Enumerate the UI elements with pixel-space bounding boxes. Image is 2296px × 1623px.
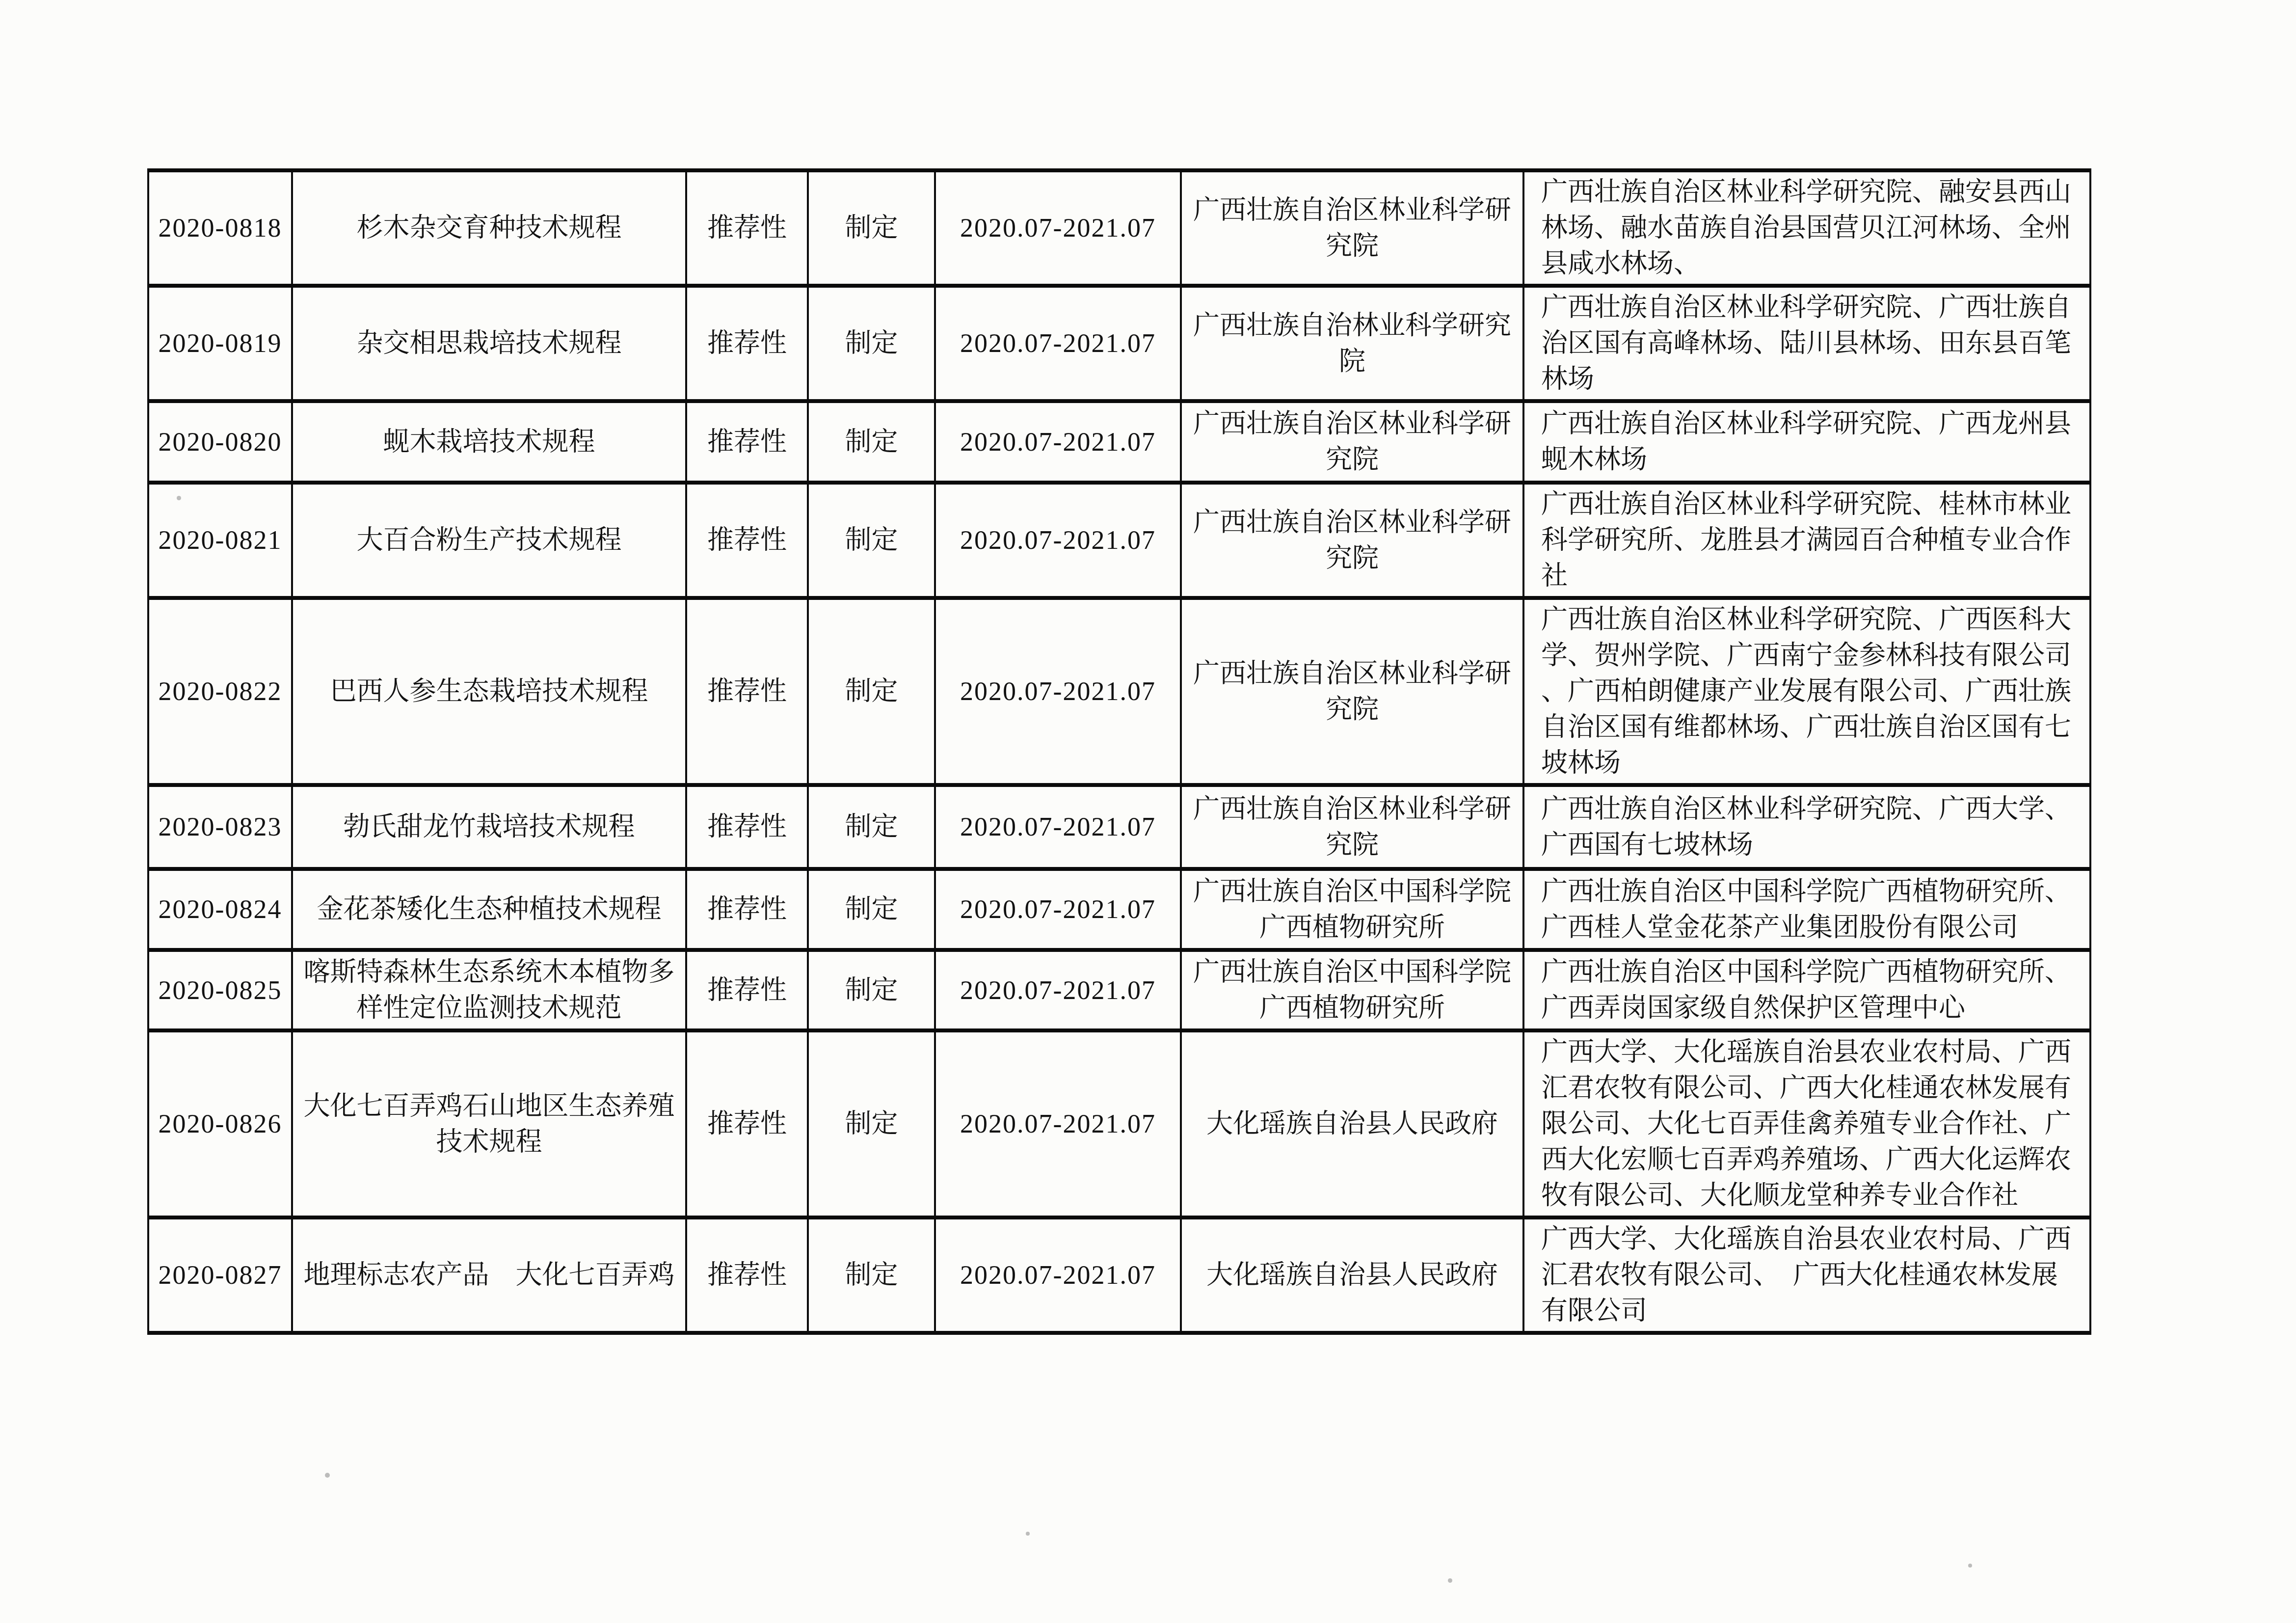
standard-nature: 推荐性: [686, 483, 808, 598]
participating-organizations: 广西壮族自治区林业科学研究院、广西医科大学、贺州学院、广西南宁金参林科技有限公司…: [1523, 598, 2090, 785]
participating-organizations: 广西壮族自治区林业科学研究院、广西大学、广西国有七坡林场: [1523, 785, 2090, 869]
participating-organizations: 广西壮族自治区林业科学研究院、广西龙州县蚬木林场: [1523, 401, 2090, 483]
formulation-type: 制定: [808, 401, 935, 483]
schedule-period: 2020.07-2021.07: [935, 1030, 1181, 1217]
lead-organization: 广西壮族自治区林业科学研究院: [1181, 401, 1523, 483]
schedule-period: 2020.07-2021.07: [935, 401, 1181, 483]
schedule-period: 2020.07-2021.07: [935, 286, 1181, 401]
standard-code: 2020-0825: [148, 950, 292, 1030]
standard-name: 杉木杂交育种技术规程: [292, 170, 686, 286]
schedule-period: 2020.07-2021.07: [935, 785, 1181, 869]
table-row: 2020-0825 喀斯特森林生态系统木本植物多样性定位监测技术规范 推荐性 制…: [148, 950, 2090, 1030]
standard-name: 杂交相思栽培技术规程: [292, 286, 686, 401]
schedule-period: 2020.07-2021.07: [935, 869, 1181, 950]
participating-organizations: 广西壮族自治区林业科学研究院、广西壮族自治区国有高峰林场、陆川县林场、田东县百笔…: [1523, 286, 2090, 401]
schedule-period: 2020.07-2021.07: [935, 950, 1181, 1030]
scan-speck: [1968, 1564, 1972, 1568]
table-row: 2020-0827 地理标志农产品 大化七百弄鸡 推荐性 制定 2020.07-…: [148, 1217, 2090, 1333]
scan-speck: [177, 496, 181, 500]
standard-code: 2020-0818: [148, 170, 292, 286]
schedule-period: 2020.07-2021.07: [935, 1217, 1181, 1333]
standard-nature: 推荐性: [686, 869, 808, 950]
formulation-type: 制定: [808, 1030, 935, 1217]
standard-code: 2020-0820: [148, 401, 292, 483]
schedule-period: 2020.07-2021.07: [935, 170, 1181, 286]
standard-name: 大化七百弄鸡石山地区生态养殖技术规程: [292, 1030, 686, 1217]
scan-speck: [1026, 1532, 1030, 1536]
formulation-type: 制定: [808, 785, 935, 869]
standard-code: 2020-0824: [148, 869, 292, 950]
participating-organizations: 广西壮族自治区林业科学研究院、桂林市林业科学研究所、龙胜县才满园百合种植专业合作…: [1523, 483, 2090, 598]
table-row: 2020-0826 大化七百弄鸡石山地区生态养殖技术规程 推荐性 制定 2020…: [148, 1030, 2090, 1217]
lead-organization: 大化瑶族自治县人民政府: [1181, 1030, 1523, 1217]
standard-code: 2020-0822: [148, 598, 292, 785]
scan-speck: [1448, 1578, 1452, 1583]
standard-name: 金花茶矮化生态种植技术规程: [292, 869, 686, 950]
standard-nature: 推荐性: [686, 1030, 808, 1217]
formulation-type: 制定: [808, 598, 935, 785]
participating-organizations: 广西壮族自治区林业科学研究院、融安县西山林场、融水苗族自治县国营贝江河林场、全州…: [1523, 170, 2090, 286]
standards-plan-table: 2020-0818 杉木杂交育种技术规程 推荐性 制定 2020.07-2021…: [147, 168, 2091, 1335]
formulation-type: 制定: [808, 483, 935, 598]
standard-name: 蚬木栽培技术规程: [292, 401, 686, 483]
standard-code: 2020-0826: [148, 1030, 292, 1217]
table-row: 2020-0824 金花茶矮化生态种植技术规程 推荐性 制定 2020.07-2…: [148, 869, 2090, 950]
standard-nature: 推荐性: [686, 170, 808, 286]
scan-speck: [325, 1473, 330, 1478]
standard-name: 喀斯特森林生态系统木本植物多样性定位监测技术规范: [292, 950, 686, 1030]
standard-code: 2020-0823: [148, 785, 292, 869]
lead-organization: 广西壮族自治区林业科学研究院: [1181, 483, 1523, 598]
table-row: 2020-0820 蚬木栽培技术规程 推荐性 制定 2020.07-2021.0…: [148, 401, 2090, 483]
table-row: 2020-0818 杉木杂交育种技术规程 推荐性 制定 2020.07-2021…: [148, 170, 2090, 286]
participating-organizations: 广西大学、大化瑶族自治县农业农村局、广西汇君农牧有限公司、 广西大化桂通农林发展…: [1523, 1217, 2090, 1333]
table-row: 2020-0821 大百合粉生产技术规程 推荐性 制定 2020.07-2021…: [148, 483, 2090, 598]
standard-name: 巴西人参生态栽培技术规程: [292, 598, 686, 785]
table-row: 2020-0819 杂交相思栽培技术规程 推荐性 制定 2020.07-2021…: [148, 286, 2090, 401]
schedule-period: 2020.07-2021.07: [935, 483, 1181, 598]
lead-organization: 广西壮族自治区林业科学研究院: [1181, 785, 1523, 869]
lead-organization: 广西壮族自治区中国科学院广西植物研究所: [1181, 950, 1523, 1030]
standard-nature: 推荐性: [686, 1217, 808, 1333]
table-row: 2020-0823 勃氏甜龙竹栽培技术规程 推荐性 制定 2020.07-202…: [148, 785, 2090, 869]
lead-organization: 大化瑶族自治县人民政府: [1181, 1217, 1523, 1333]
formulation-type: 制定: [808, 869, 935, 950]
lead-organization: 广西壮族自治区林业科学研究院: [1181, 598, 1523, 785]
standard-code: 2020-0819: [148, 286, 292, 401]
standard-nature: 推荐性: [686, 950, 808, 1030]
standard-name: 地理标志农产品 大化七百弄鸡: [292, 1217, 686, 1333]
standard-code: 2020-0827: [148, 1217, 292, 1333]
standard-nature: 推荐性: [686, 401, 808, 483]
participating-organizations: 广西壮族自治区中国科学院广西植物研究所、广西桂人堂金花茶产业集团股份有限公司: [1523, 869, 2090, 950]
standard-nature: 推荐性: [686, 598, 808, 785]
standard-code: 2020-0821: [148, 483, 292, 598]
lead-organization: 广西壮族自治林业科学研究院: [1181, 286, 1523, 401]
standard-nature: 推荐性: [686, 286, 808, 401]
participating-organizations: 广西大学、大化瑶族自治县农业农村局、广西汇君农牧有限公司、广西大化桂通农林发展有…: [1523, 1030, 2090, 1217]
standard-nature: 推荐性: [686, 785, 808, 869]
formulation-type: 制定: [808, 950, 935, 1030]
standard-name: 大百合粉生产技术规程: [292, 483, 686, 598]
formulation-type: 制定: [808, 286, 935, 401]
scanned-document-page: 2020-0818 杉木杂交育种技术规程 推荐性 制定 2020.07-2021…: [0, 0, 2296, 1623]
formulation-type: 制定: [808, 1217, 935, 1333]
formulation-type: 制定: [808, 170, 935, 286]
standard-name: 勃氏甜龙竹栽培技术规程: [292, 785, 686, 869]
table-row: 2020-0822 巴西人参生态栽培技术规程 推荐性 制定 2020.07-20…: [148, 598, 2090, 785]
schedule-period: 2020.07-2021.07: [935, 598, 1181, 785]
lead-organization: 广西壮族自治区中国科学院广西植物研究所: [1181, 869, 1523, 950]
participating-organizations: 广西壮族自治区中国科学院广西植物研究所、广西弄岗国家级自然保护区管理中心: [1523, 950, 2090, 1030]
lead-organization: 广西壮族自治区林业科学研究院: [1181, 170, 1523, 286]
